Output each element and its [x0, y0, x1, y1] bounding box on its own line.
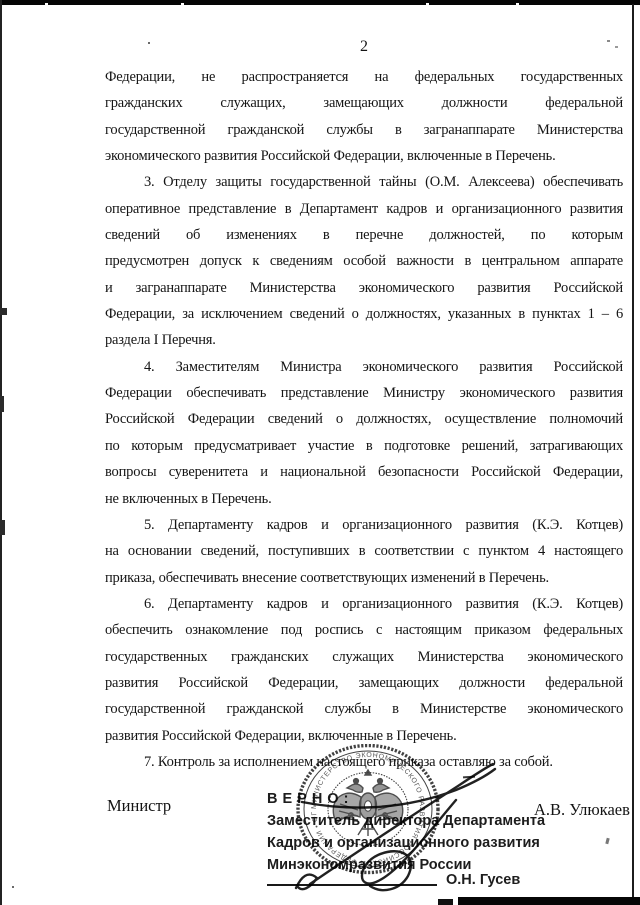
document-line: государственной гражданской службы в заг… [105, 117, 623, 143]
document-line: оперативное представление в Департамент … [105, 196, 623, 222]
document-line: 6. Департаменту кадров и организационног… [105, 591, 623, 617]
document-line: обеспечить ознакомление под роспись с на… [105, 617, 623, 643]
document-line: 3. Отделу защиты государственной тайны (… [105, 169, 623, 195]
scan-speck [12, 886, 14, 888]
document-line: по которым предусматривает участие в под… [105, 433, 623, 459]
document-line: сведений об изменениях в перечне должнос… [105, 222, 623, 248]
document-line: экономического развития Российской Федер… [105, 143, 623, 169]
document-line: не включенных в Перечень. [105, 486, 623, 512]
minister-title: Министр [107, 796, 171, 816]
document-line: развития Российской Федерации, замещающи… [105, 670, 623, 696]
document-line: Федерации обеспечивать представление Мин… [105, 380, 623, 406]
document-line: предусмотрен допуск к сведениям особой в… [105, 248, 623, 274]
scan-speck [605, 838, 609, 845]
scan-edge-right [632, 4, 634, 898]
scan-speck [0, 396, 4, 412]
document-line: вопросы суверенитета и национальной безо… [105, 459, 623, 485]
document-body: Федерации, не распространяется на федера… [105, 64, 623, 775]
scan-edge-left [0, 0, 2, 905]
scan-speck [0, 308, 7, 315]
document-line: гражданских служащих, замещающих должнос… [105, 90, 623, 116]
scanned-document-page: 2 Федерации, не распространяется на феде… [0, 0, 640, 905]
document-line: на основании сведений, поступивших в соо… [105, 538, 623, 564]
document-line: раздела I Перечня. [105, 327, 623, 353]
document-line: и загранаппарате Министерства экономичес… [105, 275, 623, 301]
page-number: 2 [105, 38, 623, 56]
document-line: Федерации, за исключением сведений о дол… [105, 301, 623, 327]
minister-name: А.В. Улюкаев [534, 800, 630, 820]
document-line: Федерации, не распространяется на федера… [105, 64, 623, 90]
document-line: приказа, обеспечивать внесение соответст… [105, 565, 623, 591]
handwritten-signature [288, 738, 513, 903]
scan-edge-top [0, 0, 640, 5]
document-line: Российской Федерации сведений о должност… [105, 406, 623, 432]
document-line: 5. Департаменту кадров и организационног… [105, 512, 623, 538]
document-line: государственной гражданской службы в Мин… [105, 696, 623, 722]
scan-speck [0, 520, 5, 535]
document-line: государственных гражданских служащих Мин… [105, 644, 623, 670]
document-line: 4. Заместителям Министра экономического … [105, 354, 623, 380]
